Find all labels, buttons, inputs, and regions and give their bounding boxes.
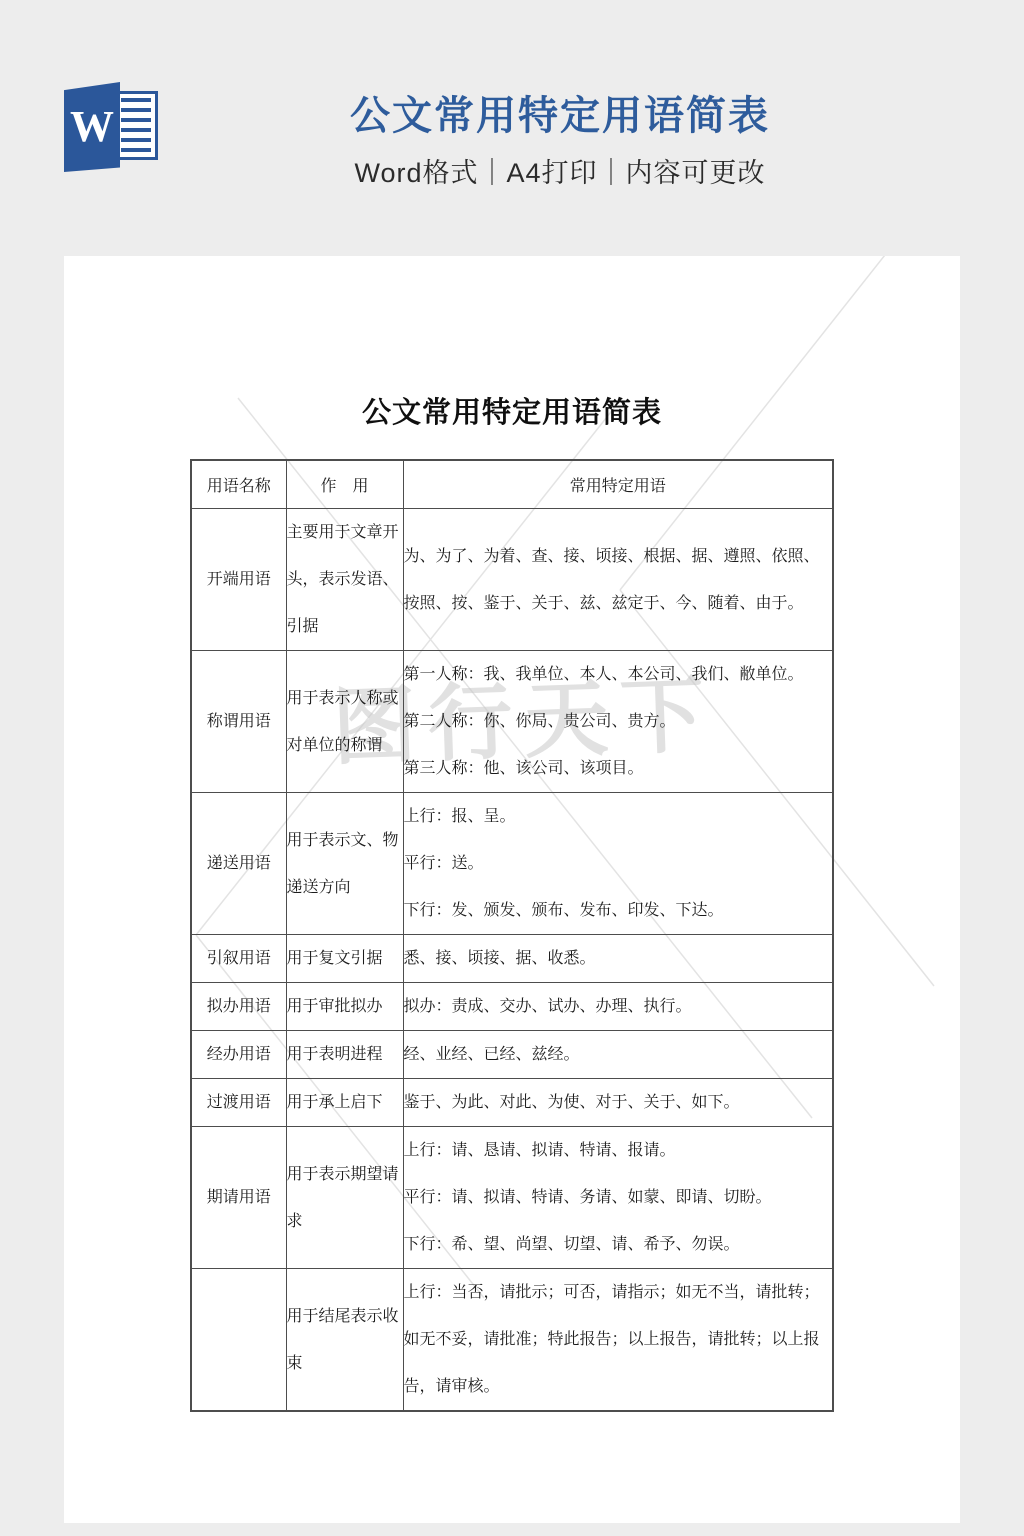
terms-cell: 悉、接、顷接、据、收悉。 [403, 935, 833, 983]
terms-cell: 上行：请、恳请、拟请、特请、报请。 平行：请、拟请、特请、务请、如蒙、即请、切盼… [403, 1127, 833, 1269]
terms-cell: 鉴于、为此、对此、为使、对于、关于、如下。 [403, 1079, 833, 1127]
function-cell: 用于表示期望请求 [286, 1127, 403, 1269]
table-row: 用于结尾表示收束上行：当否，请批示；可否，请指示；如无不当，请批转；如无不妥，请… [191, 1269, 833, 1412]
terms-cell: 第一人称：我、我单位、本人、本公司、我们、敝单位。 第二人称：你、你局、贵公司、… [403, 651, 833, 793]
function-cell: 用于表明进程 [286, 1031, 403, 1079]
template-header: W 公文常用特定用语简表 Word格式｜A4打印｜内容可更改 [0, 0, 1024, 256]
column-header: 常用特定用语 [403, 460, 833, 509]
word-icon-letter: W [70, 105, 114, 149]
header-subtitle: Word格式｜A4打印｜内容可更改 [160, 151, 960, 190]
function-cell: 用于结尾表示收束 [286, 1269, 403, 1412]
table-header-row: 用语名称作 用常用特定用语 [191, 460, 833, 509]
terms-cell: 拟办：责成、交办、试办、办理、执行。 [403, 983, 833, 1031]
table-row: 经办用语用于表明进程经、业经、已经、兹经。 [191, 1031, 833, 1079]
term-name-cell: 称谓用语 [191, 651, 286, 793]
terms-table: 用语名称作 用常用特定用语 开端用语主要用于文章开头，表示发语、引据为、为了、为… [190, 459, 834, 1412]
terms-cell: 为、为了、为着、查、接、顷接、根据、据、遵照、依照、按照、按、鉴于、关于、兹、兹… [403, 509, 833, 651]
header-title: 公文常用特定用语简表 [160, 94, 960, 138]
table-row: 引叙用语用于复文引据悉、接、顷接、据、收悉。 [191, 935, 833, 983]
table-row: 拟办用语用于审批拟办拟办：责成、交办、试办、办理、执行。 [191, 983, 833, 1031]
terms-cell: 上行：当否，请批示；可否，请指示；如无不当，请批转；如无不妥，请批准；特此报告；… [403, 1269, 833, 1412]
term-name-cell: 过渡用语 [191, 1079, 286, 1127]
table-row: 开端用语主要用于文章开头，表示发语、引据为、为了、为着、查、接、顷接、根据、据、… [191, 509, 833, 651]
function-cell: 主要用于文章开头，表示发语、引据 [286, 509, 403, 651]
term-name-cell: 经办用语 [191, 1031, 286, 1079]
function-cell: 用于表示人称或对单位的称谓 [286, 651, 403, 793]
word-icon-front: W [64, 82, 120, 172]
document-title: 公文常用特定用语简表 [64, 256, 960, 431]
column-header: 用语名称 [191, 460, 286, 509]
function-cell: 用于复文引据 [286, 935, 403, 983]
term-name-cell: 开端用语 [191, 509, 286, 651]
term-name-cell: 拟办用语 [191, 983, 286, 1031]
table-row: 称谓用语用于表示人称或对单位的称谓第一人称：我、我单位、本人、本公司、我们、敝单… [191, 651, 833, 793]
table-row: 递送用语用于表示文、物递送方向上行：报、呈。 平行：送。 下行：发、颁发、颁布、… [191, 793, 833, 935]
word-icon: W [64, 82, 164, 172]
terms-cell: 经、业经、已经、兹经。 [403, 1031, 833, 1079]
word-icon-sheet [114, 91, 158, 160]
table-body: 开端用语主要用于文章开头，表示发语、引据为、为了、为着、查、接、顷接、根据、据、… [191, 509, 833, 1412]
term-name-cell: 引叙用语 [191, 935, 286, 983]
term-name-cell: 期请用语 [191, 1127, 286, 1269]
function-cell: 用于表示文、物递送方向 [286, 793, 403, 935]
document-page: 图行天下 公文常用特定用语简表 用语名称作 用常用特定用语 开端用语主要用于文章… [64, 256, 960, 1523]
table-row: 过渡用语用于承上启下鉴于、为此、对此、为使、对于、关于、如下。 [191, 1079, 833, 1127]
table-row: 期请用语用于表示期望请求上行：请、恳请、拟请、特请、报请。 平行：请、拟请、特请… [191, 1127, 833, 1269]
function-cell: 用于审批拟办 [286, 983, 403, 1031]
header-text-block: 公文常用特定用语简表 Word格式｜A4打印｜内容可更改 [160, 94, 960, 190]
term-name-cell: 递送用语 [191, 793, 286, 935]
column-header: 作 用 [286, 460, 403, 509]
term-name-cell [191, 1269, 286, 1412]
terms-cell: 上行：报、呈。 平行：送。 下行：发、颁发、颁布、发布、印发、下达。 [403, 793, 833, 935]
function-cell: 用于承上启下 [286, 1079, 403, 1127]
word-icon-stripes [121, 98, 151, 153]
